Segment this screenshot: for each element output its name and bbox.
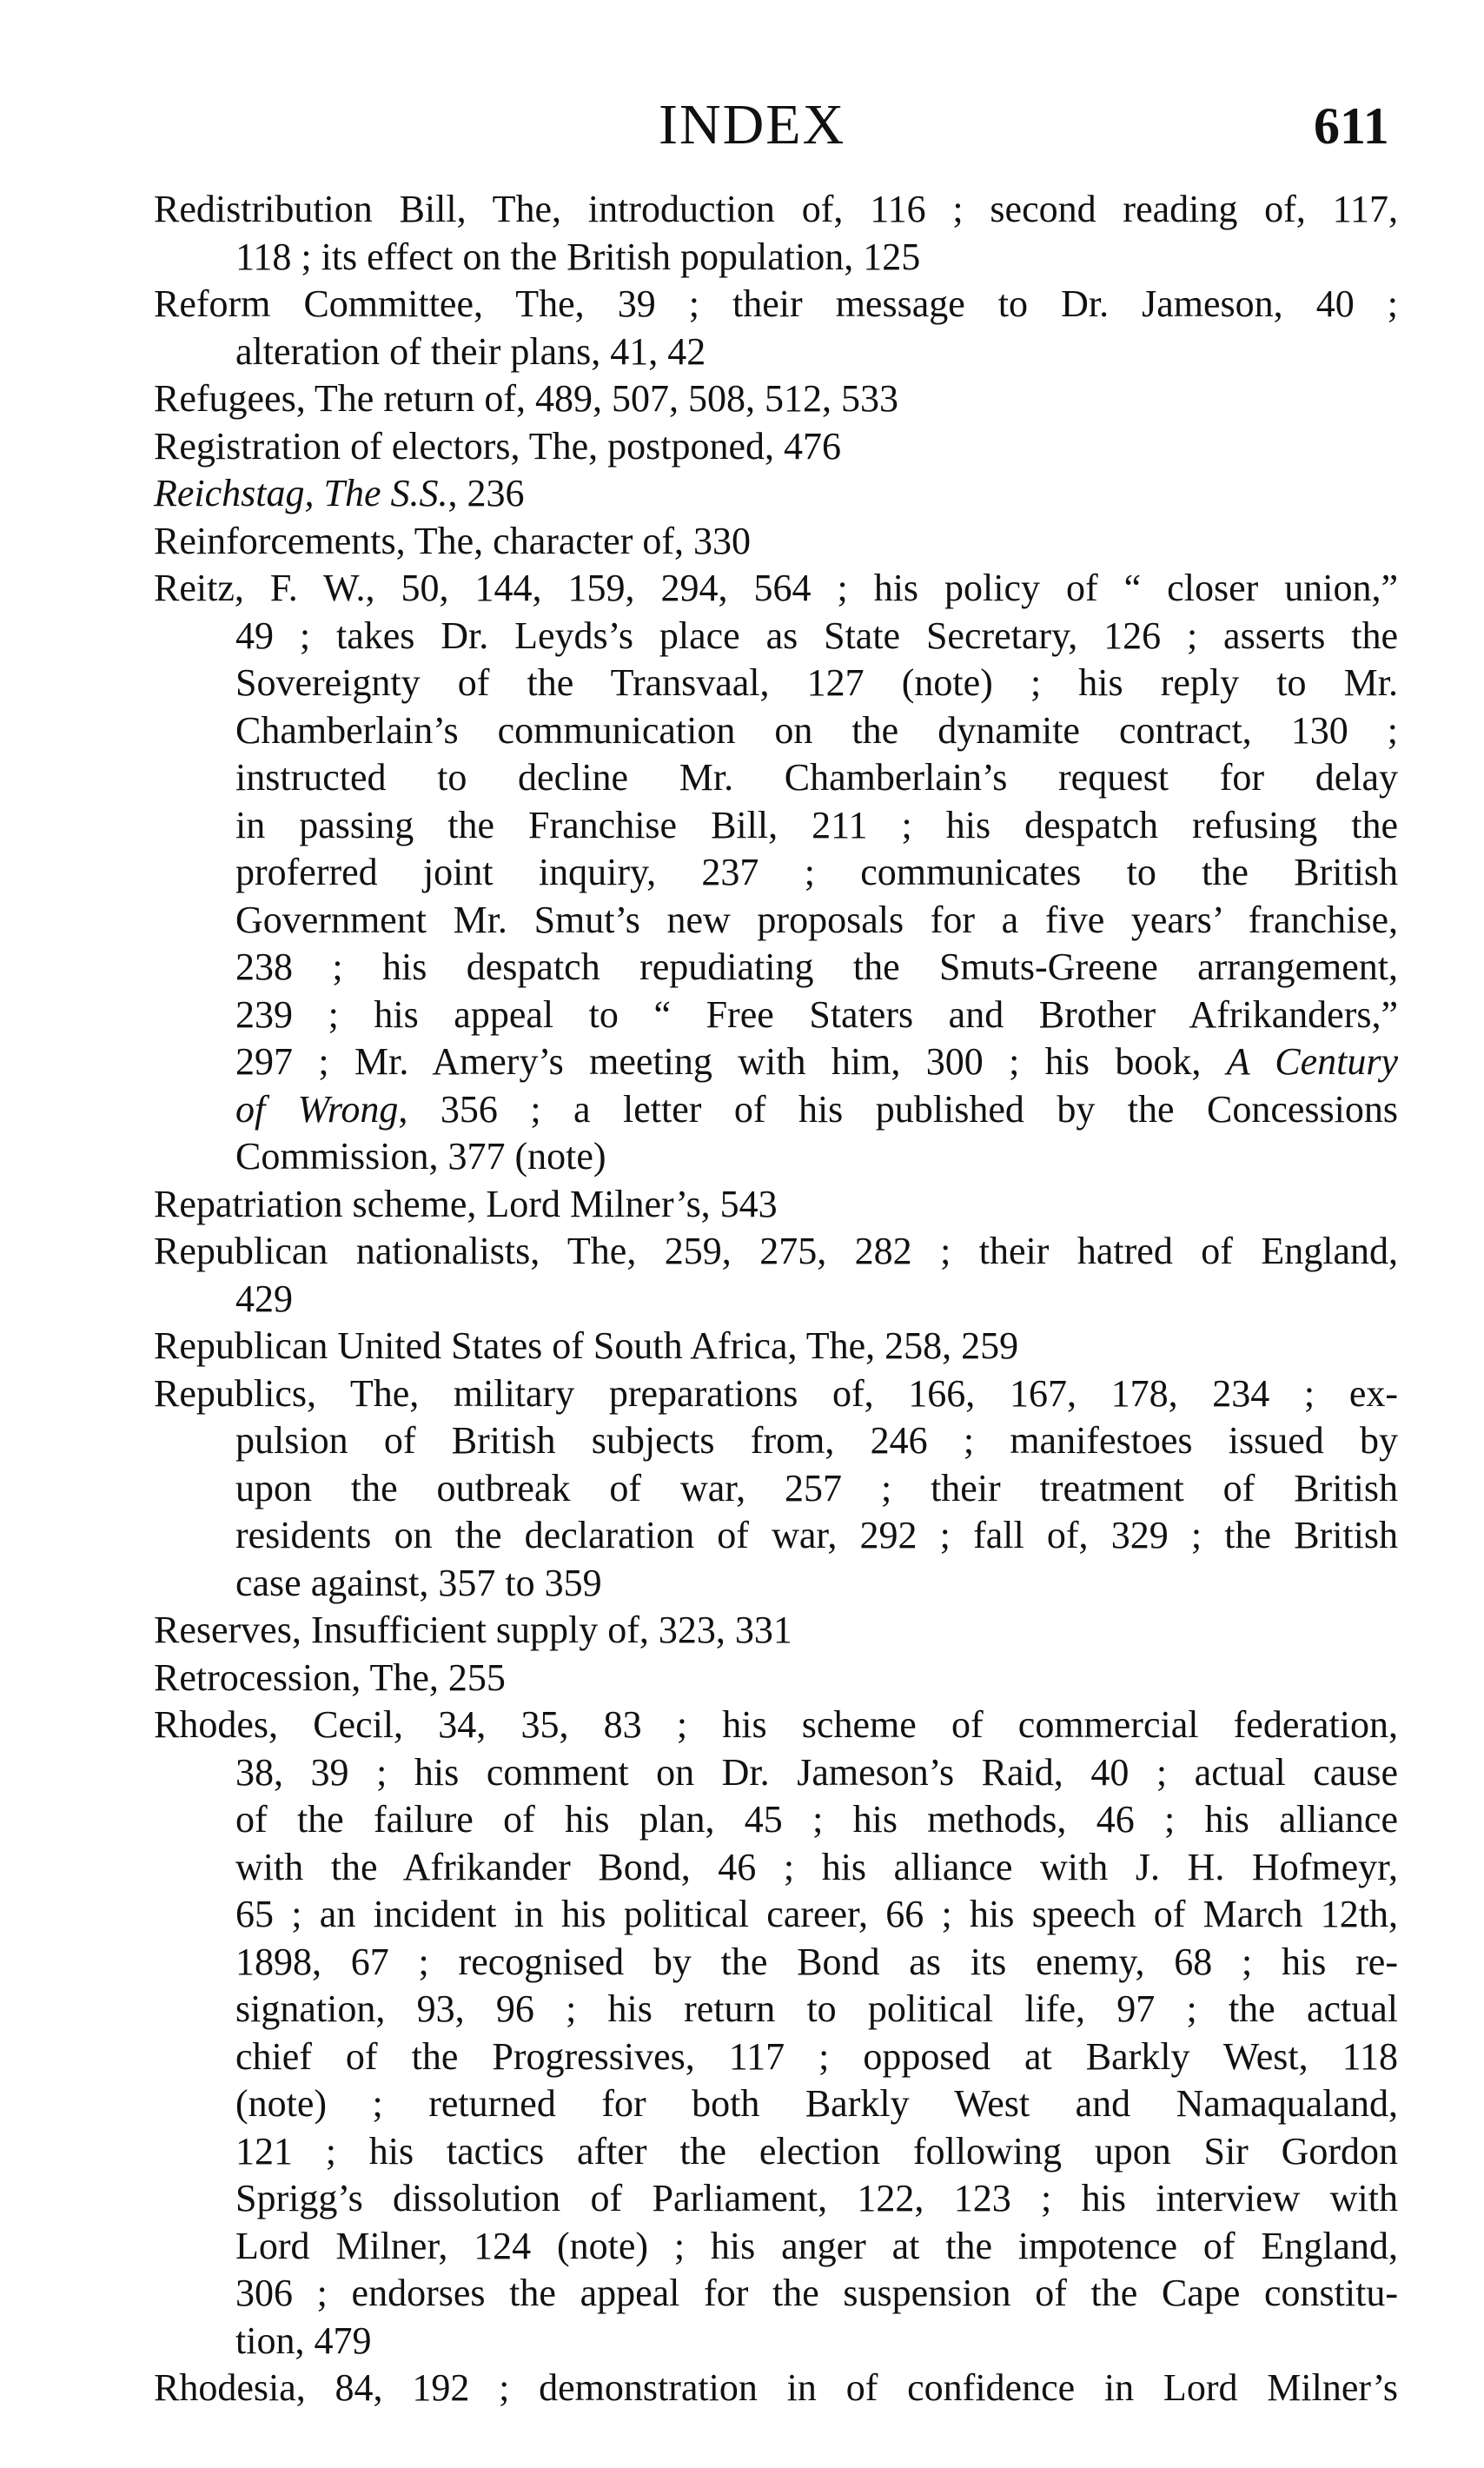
entry-continuation-line: 118 ; its effect on the British populati… [235, 234, 920, 282]
entry-line: Redistribution Bill, The, introduction o… [154, 188, 1398, 230]
entry-text: 297 ; Mr. Amery’s meeting with him, 300 … [235, 1040, 1201, 1083]
index-entry-rhodesia: Rhodesia, 84, 192 ; demonstration in of … [154, 2365, 1398, 2412]
running-head-title: INDEX [659, 94, 845, 156]
index-entry-redistribution-bill: Redistribution Bill, The, introduction o… [154, 186, 1398, 234]
entry-continuation-line: with the Afrikander Bond, 46 ; his allia… [235, 1844, 1398, 1892]
index-entry-reichstag: Reichstag, The S.S., 236 [154, 470, 525, 518]
index-entry-retrocession: Retrocession, The, 255 [154, 1655, 506, 1702]
index-entry-repatriation-scheme: Repatriation scheme, Lord Milner’s, 543 [154, 1181, 778, 1229]
entry-continuation-line: 429 [235, 1276, 293, 1324]
entry-continuation-line: 297 ; Mr. Amery’s meeting with him, 300 … [235, 1038, 1398, 1086]
running-head: INDEX 611 [0, 0, 1484, 174]
index-entry-reserves: Reserves, Insufficient supply of, 323, 3… [154, 1607, 792, 1655]
entry-continuation-line: proferred joint inquiry, 237 ; communica… [235, 849, 1398, 897]
entry-continuation-line: Government Mr. Smut’s new proposals for … [235, 897, 1398, 945]
entry-continuation-line: residents on the declaration of war, 292… [235, 1512, 1398, 1560]
entry-continuation-line: (note) ; returned for both Barkly West a… [235, 2080, 1398, 2128]
entry-continuation-line: 238 ; his despatch repudiating the Smuts… [235, 944, 1398, 992]
entry-continuation-line: 49 ; takes Dr. Leyds’s place as State Se… [235, 613, 1398, 660]
entry-continuation-line: tion, 479 [235, 2318, 371, 2365]
entry-continuation-line: pulsion of British subjects from, 246 ; … [235, 1417, 1398, 1465]
entry-continuation-line: alteration of their plans, 41, 42 [235, 328, 706, 376]
index-entry-reinforcements: Reinforcements, The, character of, 330 [154, 518, 751, 566]
index-entry-republican-nationalists: Republican nationalists, The, 259, 275, … [154, 1228, 1398, 1276]
entry-continuation-line: case against, 357 to 359 [235, 1560, 602, 1608]
index-entry-republican-united-states: Republican United States of South Africa… [154, 1323, 1018, 1370]
entry-continuation-line: 1898, 67 ; recognised by the Bond as its… [235, 1939, 1398, 1987]
page-number: 611 [1314, 97, 1389, 155]
index-entry-republics: Republics, The, military preparations of… [154, 1370, 1398, 1418]
entry-continuation-line: 121 ; his tactics after the election fol… [235, 2128, 1398, 2176]
entry-text: , 356 ; a letter of his published by the… [398, 1088, 1398, 1131]
entry-continuation-line: 65 ; an incident in his political career… [235, 1891, 1398, 1939]
book-title-italic: A Century [1227, 1040, 1398, 1083]
index-entry-reitz: Reitz, F. W., 50, 144, 159, 294, 564 ; h… [154, 565, 1398, 613]
index-entry-rhodes-cecil: Rhodes, Cecil, 34, 35, 83 ; his scheme o… [154, 1702, 1398, 1749]
book-title-italic: of Wrong [235, 1088, 398, 1131]
entry-continuation-line: Commission, 377 (note) [235, 1133, 606, 1181]
ship-name-italic: Reichstag, The S.S. [154, 472, 448, 514]
index-entry-reform-committee: Reform Committee, The, 39 ; their messag… [154, 281, 1398, 328]
entry-continuation-line: of the failure of his plan, 45 ; his met… [235, 1796, 1398, 1844]
entry-continuation-line: Chamberlain’s communication on the dynam… [235, 707, 1398, 755]
entry-continuation-line: Lord Milner, 124 (note) ; his anger at t… [235, 2223, 1398, 2271]
entry-continuation-line: of Wrong, 356 ; a letter of his publishe… [235, 1086, 1398, 1134]
index-entry-refugees: Refugees, The return of, 489, 507, 508, … [154, 375, 898, 423]
entry-continuation-line: signation, 93, 96 ; his return to politi… [235, 1986, 1398, 2033]
entry-continuation-line: Sprigg’s dissolution of Parliament, 122,… [235, 2175, 1398, 2223]
entry-continuation-line: 239 ; his appeal to “ Free Staters and B… [235, 992, 1398, 1039]
book-page: INDEX 611 Redistribution Bill, The, intr… [0, 0, 1484, 2468]
entry-continuation-line: 38, 39 ; his comment on Dr. Jameson’s Ra… [235, 1749, 1398, 1797]
entry-continuation-line: chief of the Progressives, 117 ; opposed… [235, 2033, 1398, 2081]
entry-continuation-line: in passing the Franchise Bill, 211 ; his… [235, 802, 1398, 850]
entry-continuation-line: 306 ; endorses the appeal for the suspen… [235, 2270, 1398, 2318]
entry-continuation-line: instructed to decline Mr. Chamberlain’s … [235, 754, 1398, 802]
entry-continuation-line: Sovereignty of the Transvaal, 127 (note)… [235, 660, 1398, 707]
entry-pages: , 236 [448, 472, 525, 514]
entry-continuation-line: upon the outbreak of war, 257 ; their tr… [235, 1465, 1398, 1513]
index-entry-registration-of-electors: Registration of electors, The, postponed… [154, 423, 841, 471]
